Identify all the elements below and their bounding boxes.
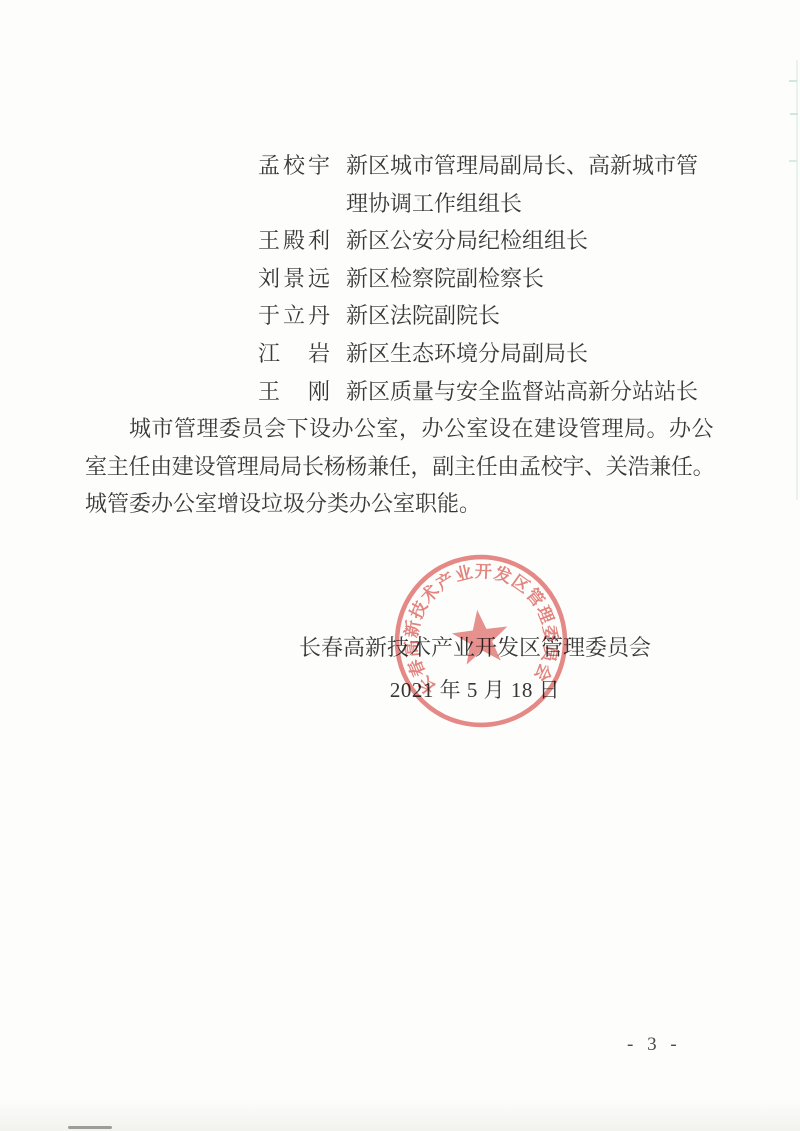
appointee-name: 王殿利	[258, 222, 334, 260]
scan-speck	[515, 196, 518, 199]
scan-speck	[68, 1126, 112, 1129]
paragraph-line: 室主任由建设管理局局长杨杨兼任，副主任由孟校宇、关浩兼任。	[85, 448, 715, 486]
signature-date: 2021 年 5 月 18 日	[293, 669, 657, 711]
scan-edge-mark	[789, 80, 797, 82]
appointment-row: 于立丹 新区法院副院长	[85, 297, 715, 335]
document-page: 孟校宇 新区城市管理局副局长、高新城市管理协调工作组组长 王殿利 新区公安分局纪…	[0, 0, 800, 1131]
scan-bottom-shadow	[0, 1098, 800, 1131]
scan-speck	[417, 198, 420, 201]
appointee-position: 新区城市管理局副局长、高新城市管理协调工作组组长	[346, 147, 702, 222]
appointee-position: 新区生态环境分局副局长	[346, 335, 702, 373]
scan-edge-mark	[789, 160, 797, 162]
appointee-position: 新区公安分局纪检组组长	[346, 222, 702, 260]
appointee-name: 王 刚	[258, 373, 334, 411]
authority-name: 长春高新技术产业开发区管理委员会	[293, 627, 657, 669]
appointee-name: 江 岩	[258, 335, 334, 373]
appointee-name: 于立丹	[258, 297, 334, 335]
body-paragraph: 城市管理委员会下设办公室，办公室设在建设管理局。办公 室主任由建设管理局局长杨杨…	[85, 410, 715, 523]
paragraph-line: 城管委办公室增设垃圾分类办公室职能。	[85, 485, 715, 523]
document-body: 孟校宇 新区城市管理局副局长、高新城市管理协调工作组组长 王殿利 新区公安分局纪…	[85, 147, 715, 523]
scan-edge-line	[796, 60, 798, 500]
appointment-row: 王 刚 新区质量与安全监督站高新分站站长	[85, 373, 715, 411]
appointee-position: 新区质量与安全监督站高新分站站长	[346, 373, 702, 411]
appointment-row: 王殿利 新区公安分局纪检组组长	[85, 222, 715, 260]
appointment-row: 江 岩 新区生态环境分局副局长	[85, 335, 715, 373]
appointee-name: 刘景远	[258, 260, 334, 298]
scan-edge-mark	[790, 113, 798, 115]
appointment-row: 刘景远 新区检察院副检察长	[85, 260, 715, 298]
appointee-name: 孟校宇	[258, 147, 334, 222]
appointee-position: 新区法院副院长	[346, 297, 702, 335]
appointee-position: 新区检察院副检察长	[346, 260, 702, 298]
appointment-row: 孟校宇 新区城市管理局副局长、高新城市管理协调工作组组长	[85, 147, 715, 222]
paragraph-line: 城市管理委员会下设办公室，办公室设在建设管理局。办公	[85, 410, 715, 448]
page-number: - 3 -	[627, 1034, 679, 1056]
signature-block: 长春高新技术产业开发区管理委员会 2021 年 5 月 18 日	[293, 627, 657, 711]
